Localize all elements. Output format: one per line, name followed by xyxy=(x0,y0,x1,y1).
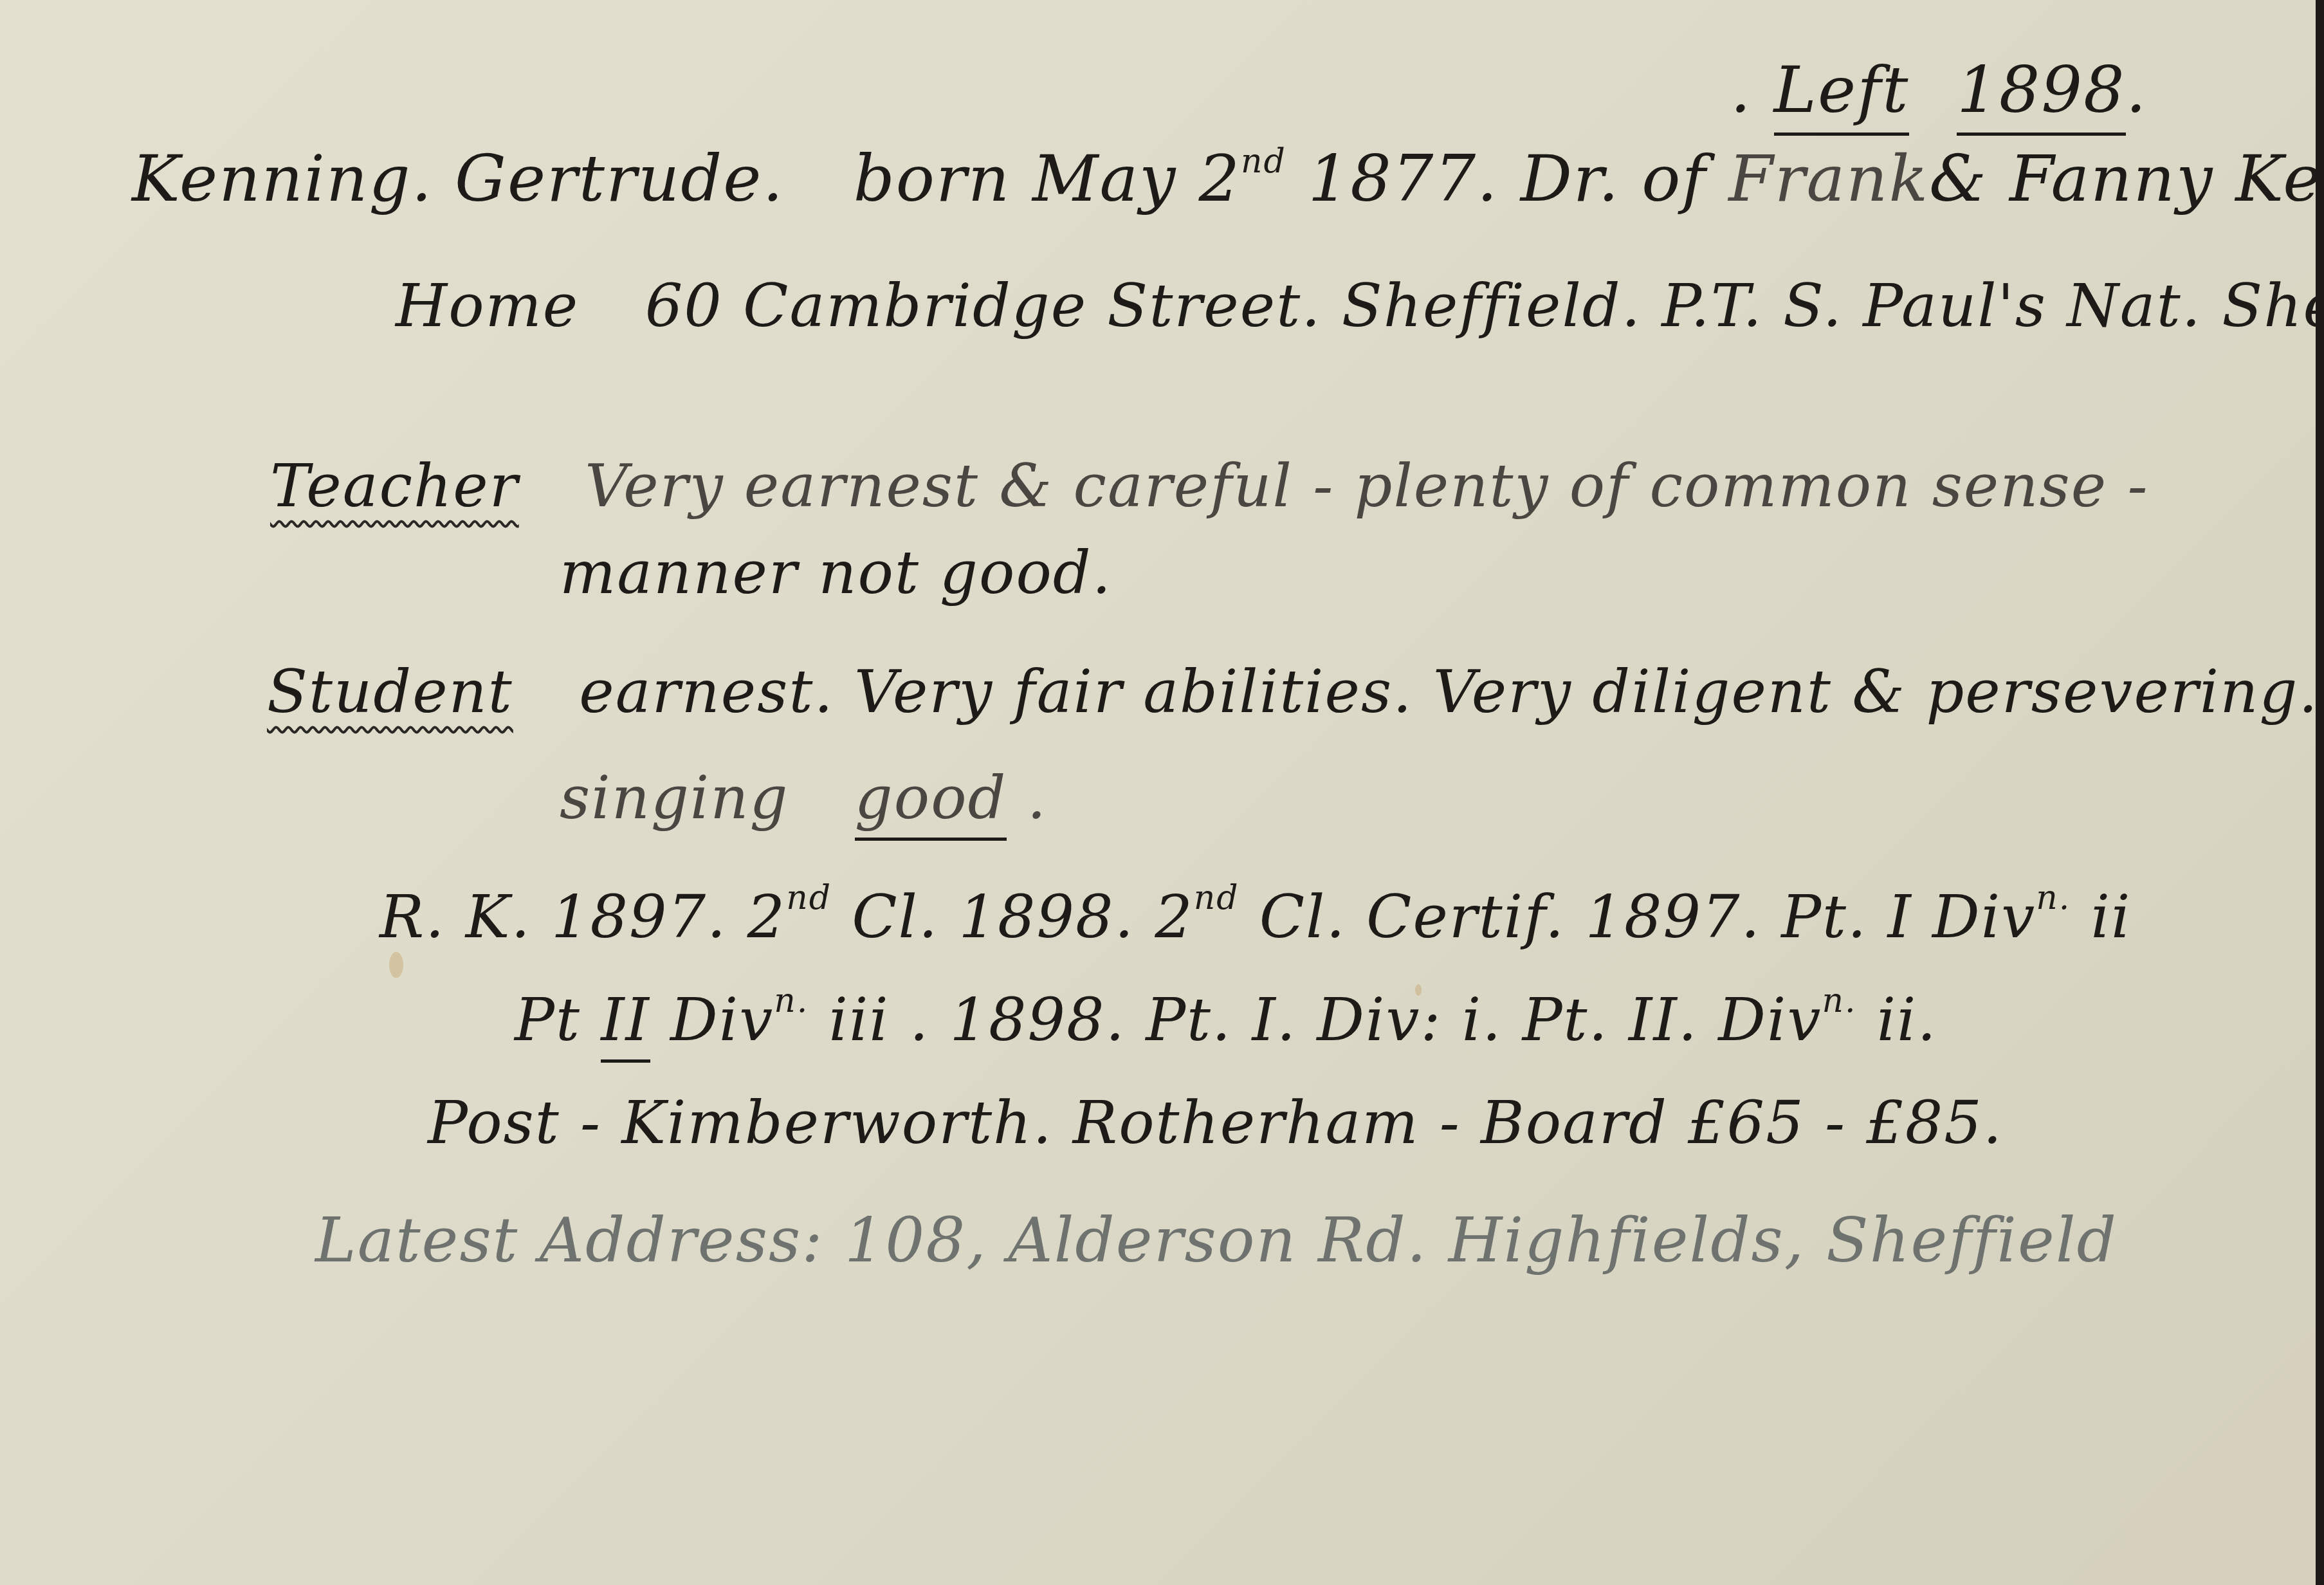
teacher-label: Teacher xyxy=(270,452,519,520)
post-salary: £65 - £85. xyxy=(1688,1088,2003,1157)
post-label: Post xyxy=(428,1088,560,1157)
class-suffix: nd xyxy=(1194,879,1240,917)
exam-line-2: Pt II Divn. iii . 1898. Pt. I. Div: i. P… xyxy=(515,984,1937,1050)
teacher-line-1: Teacher Very earnest & careful - plenty … xyxy=(270,457,2149,516)
student-line-1: Student earnest. Very fair abilities. Ve… xyxy=(267,663,2319,722)
part-label: Pt. xyxy=(1781,883,1867,951)
certificate-year: Certif. 1897. xyxy=(1366,883,1761,951)
rk-result: R. K. 1897. xyxy=(380,883,727,951)
post-employer: Board xyxy=(1481,1088,1668,1157)
division-suffix: n. xyxy=(2036,879,2071,917)
pt-school: S. Paul's Nat. Sheffield xyxy=(1783,271,2324,340)
home-label: Home xyxy=(396,271,579,340)
division-value: iii . 1898. xyxy=(829,985,1126,1054)
teacher-remark-2: manner not good. xyxy=(560,538,1112,607)
given-name: Gertrude xyxy=(455,141,762,216)
division-value: ii. xyxy=(1877,985,1937,1054)
teacher-remark-1: Very earnest & careful - plenty of commo… xyxy=(585,452,2148,520)
latest-address-label: Latest Address: xyxy=(315,1204,824,1276)
father-name: Frank xyxy=(1728,141,1929,216)
surname: Kenning xyxy=(132,141,411,216)
home-line: Home 60 Cambridge Street. Sheffield. P.T… xyxy=(396,277,2324,336)
born-label: born xyxy=(854,141,1011,216)
class-number: 2 xyxy=(1155,883,1194,951)
latest-address-value: 108, Alderson Rd. Highfields, Sheffield xyxy=(845,1204,2118,1276)
left-year: 1898 xyxy=(1957,52,2126,136)
teacher-line-2: manner not good. xyxy=(560,544,1112,603)
foxing-stain xyxy=(389,952,403,978)
division-label: Div xyxy=(670,985,774,1054)
singing-grade: good xyxy=(855,764,1007,841)
student-period: . xyxy=(1027,764,1047,832)
division-label: Div xyxy=(1932,883,2036,951)
class-result: Cl. xyxy=(1259,883,1346,951)
header-period: . xyxy=(2126,52,2148,127)
division-label: Div xyxy=(1718,985,1822,1054)
part-number: II xyxy=(601,985,650,1063)
name-line: Kenning. Gertrude. born May 2nd 1877. Dr… xyxy=(132,145,2324,211)
class-result: Cl. 1898. xyxy=(852,883,1135,951)
pt-label: P.T. xyxy=(1661,271,1763,340)
register-page: . Left 1898. Kenning. Gertrude. born May… xyxy=(0,0,2316,1585)
post-place: Kimberworth. Rotherham xyxy=(621,1088,1419,1157)
part-result: Pt. I. Div: i. xyxy=(1146,985,1502,1054)
latest-address-line: Latest Address: 108, Alderson Rd. Highfi… xyxy=(315,1209,2118,1271)
birth-day-suffix: nd xyxy=(1241,142,1286,181)
ampersand: & xyxy=(1929,141,1988,216)
birth-month: May xyxy=(1032,141,1177,216)
part-result: Pt. II. xyxy=(1523,985,1698,1054)
division-suffix: n. xyxy=(774,982,809,1020)
part-label: Pt xyxy=(515,985,581,1054)
division-value: ii xyxy=(2091,883,2132,951)
left-year-header: . Left 1898. xyxy=(1730,58,2147,122)
binding-edge xyxy=(2316,0,2324,1585)
student-label: Student xyxy=(267,657,513,726)
class-number: 2 xyxy=(747,883,787,951)
student-line-2: singing good . xyxy=(560,769,1047,828)
class-suffix: nd xyxy=(786,879,832,917)
post-line: Post - Kimberworth. Rotherham - Board £6… xyxy=(428,1094,2003,1153)
division-suffix: n. xyxy=(1822,982,1856,1020)
exam-line-1: R. K. 1897. 2nd Cl. 1898. 2nd Cl. Certif… xyxy=(380,881,2131,947)
birth-year: 1877 xyxy=(1308,141,1478,216)
singing-label: singing xyxy=(560,764,789,832)
mother-name: Fanny Kenning xyxy=(2009,141,2324,216)
part-number: I xyxy=(1888,883,1912,951)
birth-day: 2 xyxy=(1198,141,1241,216)
student-remark-1: earnest. Very fair abilities. Very dilig… xyxy=(579,657,2318,726)
relation: Dr. of xyxy=(1521,141,1707,216)
home-address: 60 Cambridge Street. Sheffield. xyxy=(645,271,1642,340)
left-label: Left xyxy=(1774,52,1910,136)
